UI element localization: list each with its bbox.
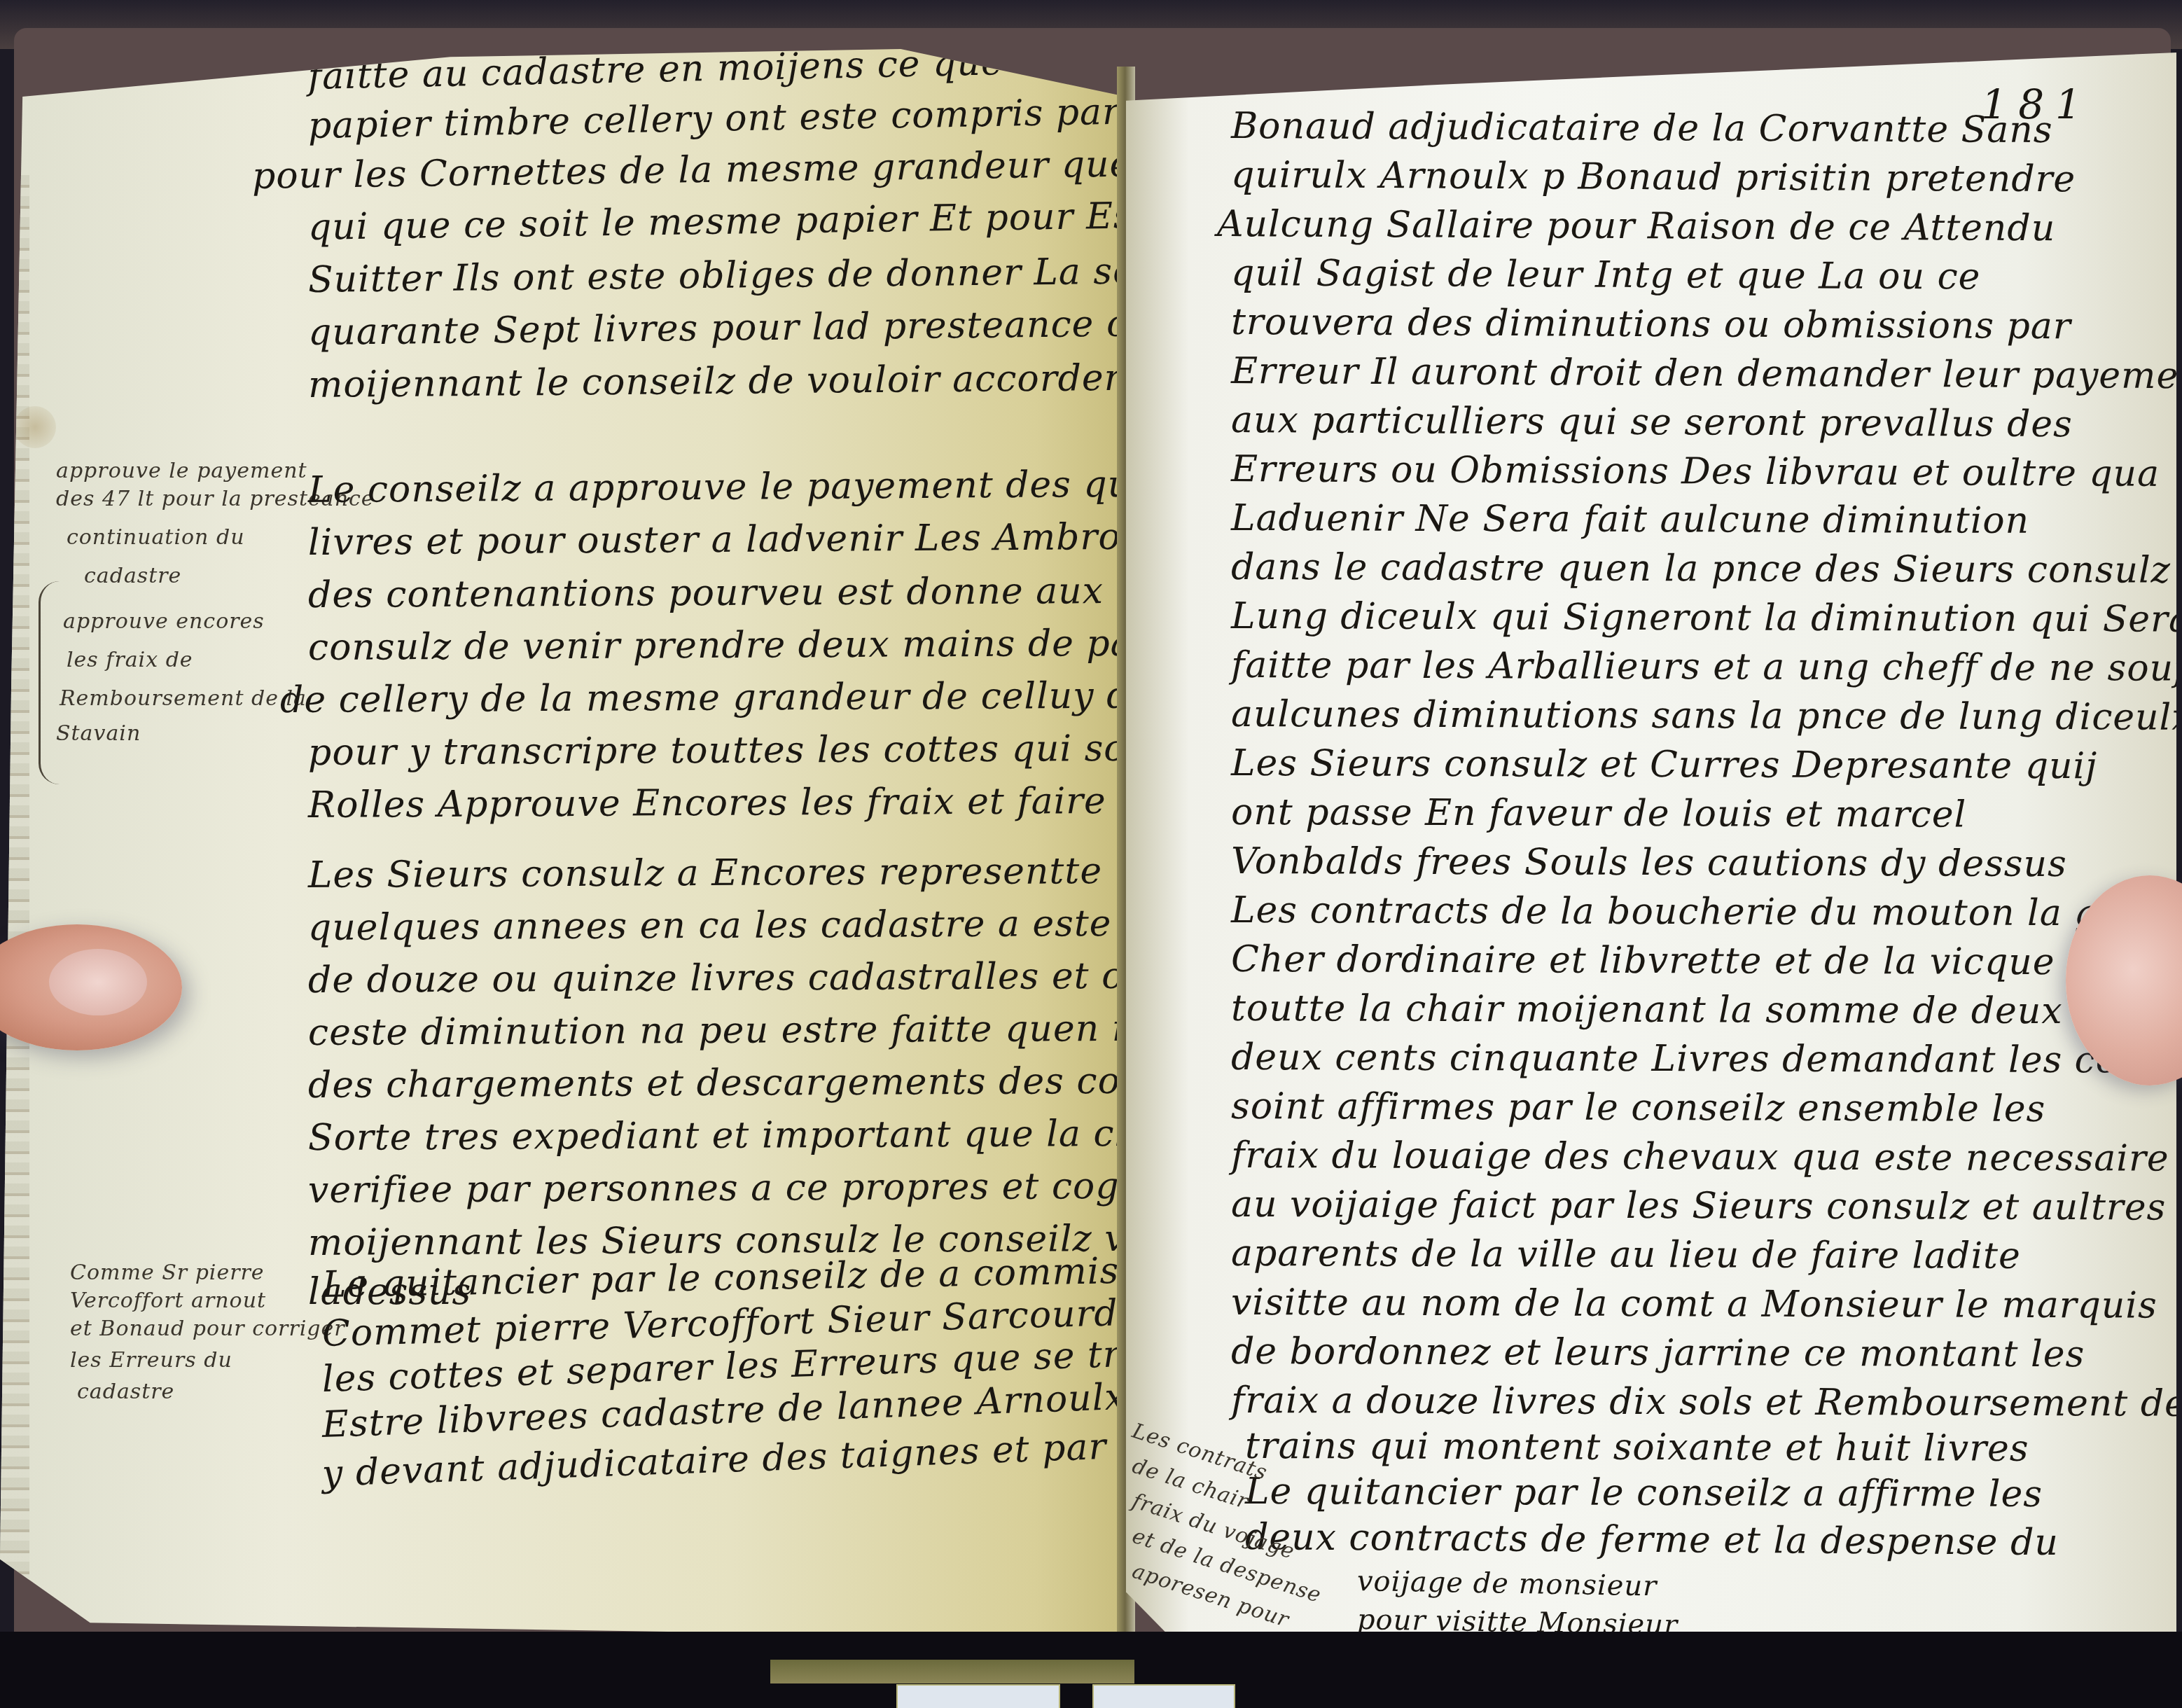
manuscript-line: Lung diceulx qui Signeront la diminution… (1231, 595, 2176, 641)
manuscript-line: Les contracts de la boucherie du mouton … (1231, 889, 2176, 935)
manuscript-line: Les Sieurs consulz a Encores representte… (308, 849, 1126, 896)
manuscript-line: aulcunes diminutions sans la pnce de lun… (1231, 693, 2176, 739)
manuscript-line: Suitter Ils ont este obliges de donner L… (308, 249, 1126, 301)
manuscript-line: soint affirmes par le conseilz ensemble … (1231, 1085, 2046, 1130)
shelf-edge (770, 1660, 1134, 1683)
manuscript-line: trains qui montent soixante et huit livr… (1245, 1425, 2029, 1470)
margin-brace (39, 581, 62, 784)
margin-note: Remboursement de la (60, 686, 307, 711)
margin-note: continuation du (67, 525, 244, 550)
manuscript-line: Erreurs ou Obmissions Des libvrau et oul… (1231, 448, 2160, 495)
manuscript-line: dans le cadastre quen la pnce des Sieurs… (1231, 546, 2176, 592)
manuscript-line: ceste diminution na peu estre faitte que… (308, 1007, 1126, 1054)
manuscript-line: pour les Cornettes de la mesme grandeur … (252, 141, 1126, 197)
manuscript-line: pour y transcripre touttes les cottes qu… (308, 727, 1126, 774)
margin-note: Vercoffort arnout (70, 1289, 266, 1313)
right-page: 181 Bonaud adjudicataire de la Corvantte… (1126, 53, 2176, 1656)
manuscript-line: fraix du louaige des chevaux qua este ne… (1231, 1134, 2169, 1180)
margin-note: Stavain (56, 721, 141, 746)
manuscript-line: Le conseilz a approuve le payement des q… (308, 462, 1126, 511)
margin-note: approuve encores (63, 609, 265, 634)
manuscript-line: Cher dordinaire et libvrette et de la vi… (1231, 938, 2113, 983)
manuscript-line: quirulx Arnoulx p Bonaud prisitin preten… (1231, 154, 2076, 200)
manuscript-line: des contenantions pourveu est donne aux … (308, 569, 1126, 616)
manuscript-line: quil Sagist de leur Intg et que La ou ce (1231, 252, 1981, 298)
manuscript-line: consulz de venir prendre deux mains de p… (308, 621, 1126, 669)
label-card (1092, 1684, 1235, 1708)
margin-note: approuve le payement (56, 459, 307, 483)
manuscript-line: quelques annees en ca les cadastre a est… (308, 902, 1126, 949)
manuscript-line: Erreur Il auront droit den demander leur… (1231, 350, 2176, 397)
manuscript-line: moijennant le conseilz de vouloir accord… (308, 355, 1126, 406)
manuscript-line: trouvera des diminutions ou obmissions p… (1231, 301, 2071, 347)
manuscript-line: aux particulliers qui se seront prevallu… (1231, 399, 2073, 445)
manuscript-line: ont passe En faveur de louis et marcel (1231, 791, 1966, 836)
manuscript-line: verifiee par personnes a ce propres et c… (308, 1165, 1126, 1211)
margin-note: et Bonaud pour corriger (70, 1317, 345, 1341)
manuscript-line: livres et pour ouster a ladvenir Les Amb… (308, 515, 1126, 564)
margin-note: les Erreurs du (70, 1348, 232, 1373)
manuscript-line: Rolles Approuve Encores les fraix et fai… (308, 779, 1126, 826)
margin-note: cadastre (84, 564, 181, 588)
label-card (896, 1684, 1060, 1708)
manuscript-line: de douze ou quinze livres cadastralles e… (308, 954, 1126, 1001)
manuscript-line: Le quitancier par le conseilz a affirme … (1245, 1471, 2043, 1515)
paper-stain (14, 406, 56, 448)
manuscript-line: qui que ce soit le mesme papier Et pour … (308, 193, 1126, 249)
manuscript-line: Aulcung Sallaire pour Raison de ce Atten… (1217, 203, 2056, 249)
manuscript-line: de bordonnez et leurs jarrine ce montant… (1231, 1331, 2085, 1375)
manuscript-line: deux contracts de ferme et la despense d… (1245, 1516, 2059, 1564)
manuscript-line: toutte la chair moijenant la somme de de… (1231, 987, 2125, 1032)
manuscript-line: Sorte tres expediant et important que la… (308, 1112, 1126, 1159)
manuscript-line: faitte par les Arballieurs et a ung chef… (1231, 644, 2176, 690)
manuscript-line: Bonaud adjudicataire de la Corvantte San… (1231, 105, 2053, 151)
manuscript-line: voijage de monsieur (1357, 1565, 1658, 1602)
manuscript-line: Vonbalds frees Souls les cautions dy des… (1231, 840, 2067, 885)
manuscript-line: au voijaige faict par les Sieurs consulz… (1231, 1183, 2166, 1229)
manuscript-line: aparents de la ville au lieu de faire la… (1231, 1233, 2021, 1277)
manuscript-line: fraix a douze livres dix sols et Rembour… (1231, 1380, 2176, 1425)
manuscript-line: deux cents cinquante Livres demandant le… (1231, 1036, 2176, 1082)
manuscript-line: papier timbre cellery ont este compris p… (307, 89, 1126, 147)
margin-note: les fraix de (67, 648, 193, 672)
manuscript-line: Les Sieurs consulz et Curres Depresante … (1231, 742, 2097, 787)
manuscript-line: Laduenir Ne Sera fait aulcune diminution (1231, 497, 2029, 542)
left-page: faitte au cadastre en moijens ce que deu… (0, 49, 1126, 1639)
margin-note: cadastre (77, 1380, 174, 1404)
margin-note: Comme Sr pierre (70, 1261, 265, 1285)
manuscript-line: visitte au nom de la comt a Monsieur le … (1231, 1282, 2157, 1327)
manuscript-line: quarante Sept livres pour lad presteance… (308, 300, 1126, 354)
manuscript-line: des chargements et descargements des cot… (308, 1060, 1126, 1106)
manuscript-line: de cellery de la mesme grandeur de cellu… (280, 674, 1126, 721)
thumbnail (49, 949, 147, 1015)
